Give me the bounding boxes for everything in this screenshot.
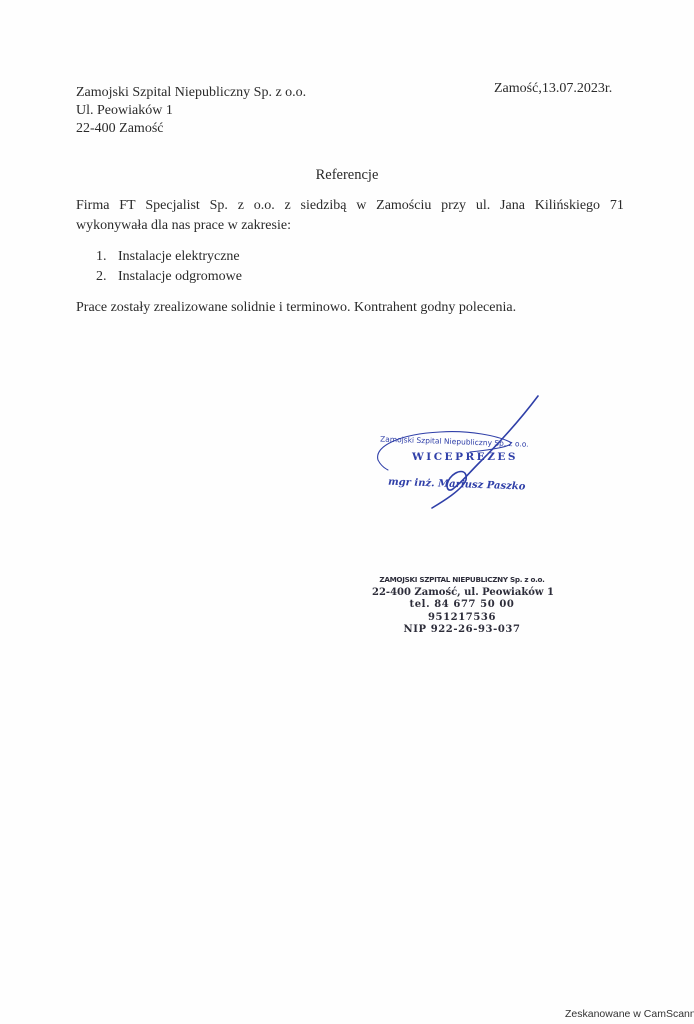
word: siedzibą [301, 196, 347, 216]
sender-city: 22-400 Zamość [76, 120, 306, 138]
closing-paragraph: Prace zostały zrealizowane solidnie i te… [76, 300, 516, 316]
word: Jana [500, 196, 525, 216]
word: ul. [476, 196, 490, 216]
word: Zamościu [376, 196, 431, 216]
company-stamp: ZAMOJSKI SZPITAL NIEPUBLICZNY Sp. z o.o.… [372, 574, 552, 637]
intro-line-2: wykonywała dla nas prace w zakresie: [76, 216, 624, 236]
word: z [238, 196, 244, 216]
sender-address: Zamojski Szpital Niepubliczny Sp. z o.o.… [76, 84, 306, 138]
scope-list: 1.Instalacje elektryczne 2.Instalacje od… [96, 247, 242, 287]
sender-name: Zamojski Szpital Niepubliczny Sp. z o.o. [76, 84, 306, 102]
company-stamp-address: 22-400 Zamość, ul. Peowiaków 1 [372, 587, 552, 600]
document-date: Zamość,13.07.2023r. [494, 81, 612, 97]
company-stamp-regon: 951217536 [372, 612, 552, 625]
word: Firma [76, 196, 109, 216]
word: Kilińskiego [535, 196, 600, 216]
company-stamp-phone: tel. 84 677 50 00 [372, 599, 552, 612]
intro-line-1: FirmaFTSpecjalistSp.zo.o.zsiedzibąwZamoś… [76, 196, 624, 216]
company-stamp-name: ZAMOJSKI SZPITAL NIEPUBLICZNY Sp. z o.o. [372, 574, 552, 587]
word: FT [119, 196, 135, 216]
word: o.o. [254, 196, 275, 216]
document-title: Referencje [0, 167, 694, 184]
word: Specjalist [145, 196, 199, 216]
document-page: Zamojski Szpital Niepubliczny Sp. z o.o.… [0, 0, 694, 1024]
sender-street: Ul. Peowiaków 1 [76, 102, 306, 120]
handwritten-signature [370, 390, 550, 510]
list-item: 1.Instalacje elektryczne [96, 247, 242, 267]
word: z [285, 196, 291, 216]
word: w [356, 196, 366, 216]
scanner-watermark: Zeskanowane w CamScanner [565, 1008, 694, 1020]
word: przy [441, 196, 466, 216]
intro-paragraph: FirmaFTSpecjalistSp.zo.o.zsiedzibąwZamoś… [76, 196, 624, 236]
word: 71 [610, 196, 624, 216]
word: Sp. [210, 196, 228, 216]
company-stamp-nip: NIP 922-26-93-037 [372, 624, 552, 637]
list-item: 2.Instalacje odgromowe [96, 267, 242, 287]
